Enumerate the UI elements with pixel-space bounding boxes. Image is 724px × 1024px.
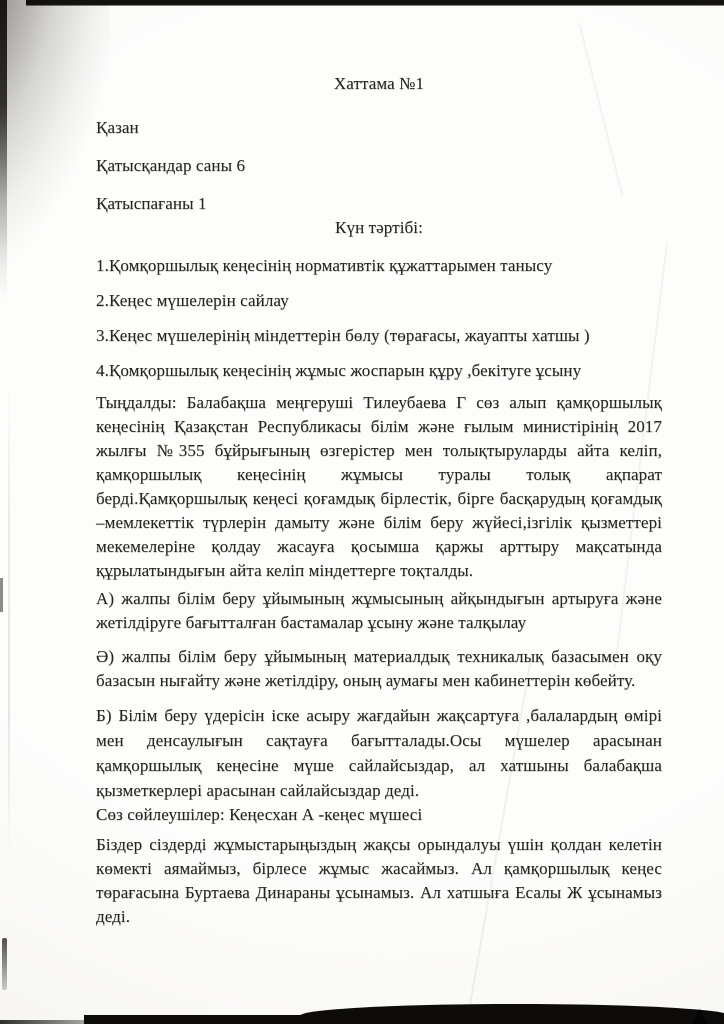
meta-attended-count: Қатысқандар саны 6 (96, 154, 662, 178)
speakers-line: Сөз сөйлеушілер: Кеңесхан А -кеңес мүшес… (96, 803, 662, 827)
meta-absent-count: Қатыспағаны 1 (96, 192, 662, 216)
agenda-item-1: 1.Қомқоршылық кеңесінің нормативтік құжа… (96, 254, 662, 278)
scan-edge-top (26, 0, 724, 6)
point-a2-paragraph: Ә) жалпы білім беру ұйымының материалдық… (96, 645, 662, 693)
agenda-item-2: 2.Кеңес мүшелерін сайлау (96, 289, 662, 313)
point-b-paragraph: Б) Білім беру үдерісін іске асыру жағдай… (96, 703, 662, 803)
scan-edge-left (0, 0, 7, 300)
scan-edge-bottom-left (0, 1020, 86, 1024)
heard-paragraph: Тыңдалды: Балабақша меңгеруші Тилеубаева… (96, 391, 662, 583)
point-a-paragraph: А) жалпы білім беру ұйымының жұмысының а… (96, 587, 662, 635)
document-title: Хаттама №1 (96, 72, 662, 96)
agenda-item-3: 3.Кеңес мүшелерінің міндеттерін бөлу (тө… (96, 324, 662, 348)
scan-edge-bottom-bulge (300, 1004, 724, 1017)
scan-smudge-bottom-left (2, 938, 7, 990)
scanned-document-page: Хаттама №1 Қазан Қатысқандар саны 6 Қаты… (0, 0, 724, 1024)
scan-corner-shadow (0, 0, 110, 330)
agenda-heading: Күн тәртібі: (96, 216, 662, 240)
scan-mark-left (0, 578, 3, 612)
closing-paragraph: Біздер сіздерді жұмыстарыңыздың жақсы ор… (96, 833, 662, 929)
paper-crease-left (8, 380, 10, 860)
meta-month: Қазан (96, 116, 662, 140)
document-body: Хаттама №1 Қазан Қатысқандар саны 6 Қаты… (96, 64, 662, 929)
agenda-item-4: 4.Қомқоршылық кеңесінің жұмыс жоспарын қ… (96, 359, 662, 383)
